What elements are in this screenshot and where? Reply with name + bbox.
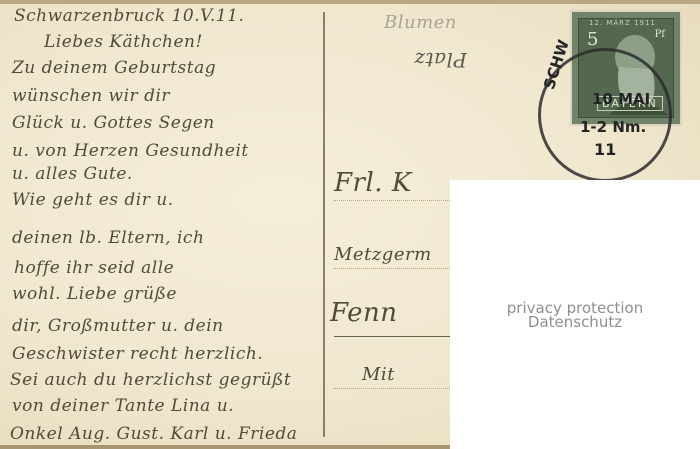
message-line: von deiner Tante Lina u. — [12, 396, 234, 416]
message-line: u. alles Gute. — [12, 164, 133, 184]
address-recipient: Frl. K — [334, 168, 412, 198]
address-dotted-line — [334, 268, 450, 269]
message-line: Zu deinem Geburtstag — [12, 58, 216, 78]
message-line: hoffe ihr seid alle — [14, 258, 174, 278]
address-occupation: Metzgerm — [334, 244, 432, 265]
postmark-date: 10 MAI — [592, 90, 650, 108]
upside-down-note: Platz — [414, 48, 467, 72]
postmark-year: 11 — [594, 140, 616, 159]
message-line: Wie geht es dir u. — [12, 190, 174, 210]
address-dotted-line — [334, 388, 450, 389]
address-underline — [334, 336, 450, 337]
postmark-time: 1-2 Nm. — [580, 118, 646, 136]
message-line: u. von Herzen Gesundheit — [12, 141, 249, 161]
message-line: Glück u. Gottes Segen — [12, 113, 215, 133]
message-line: Geschwister recht herzlich. — [12, 344, 263, 364]
message-line: wohl. Liebe grüße — [12, 284, 177, 304]
privacy-label-de: Datenschutz — [528, 315, 622, 329]
privacy-protection-overlay: privacy protection Datenschutz — [450, 180, 700, 449]
message-line: deinen lb. Eltern, ich — [12, 228, 204, 248]
pencil-note: Blumen — [384, 12, 457, 33]
postcard-back: Schwarzenbruck 10.V.11. Liebes Käthchen!… — [0, 0, 700, 449]
message-line: dir, Großmutter u. dein — [12, 316, 224, 336]
card-top-edge — [0, 0, 700, 4]
center-divider-line — [323, 12, 325, 437]
address-region: Mit — [362, 364, 395, 385]
address-place: Fenn — [330, 298, 398, 328]
message-line: Schwarzenbruck 10.V.11. — [14, 6, 244, 26]
message-line: wünschen wir dir — [12, 86, 170, 106]
message-line: Onkel Aug. Gust. Karl u. Frieda — [10, 424, 297, 444]
address-dotted-line — [334, 200, 450, 201]
message-line: Sei auch du herzlichst gegrüßt — [10, 370, 291, 390]
message-line: Liebes Käthchen! — [44, 32, 203, 52]
